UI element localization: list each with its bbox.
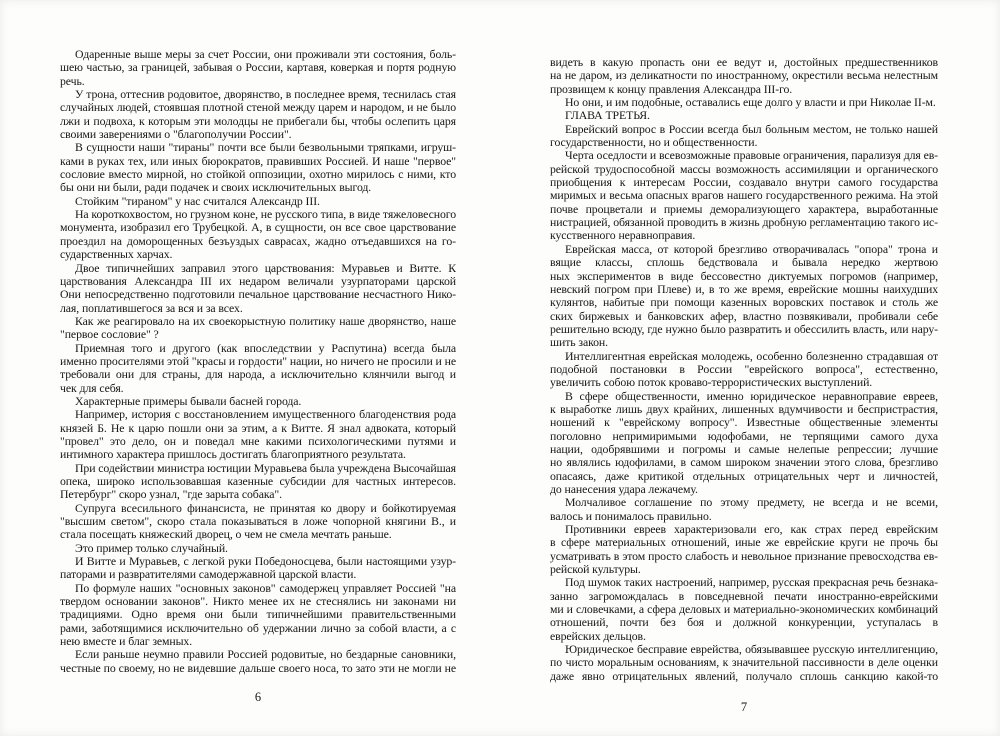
paragraph: При содействии министра юстиции Муравьев…: [60, 462, 456, 502]
paragraph: Как же реагировало на их своекорыстную п…: [60, 315, 456, 342]
paragraph: Если раньше неумно правили Россией родов…: [60, 648, 456, 675]
text-line: опасаясь, даже критикой отдельных отрица…: [550, 470, 938, 483]
left-page-number: 6: [60, 690, 456, 705]
text-line: невский погром при Плеве) и, в то же вре…: [550, 283, 938, 296]
text-line: рами, заботящимися исключительно об удер…: [60, 622, 456, 635]
text-line: до нанесения удара лежачему.: [550, 483, 938, 496]
text-line: шею частью, за границей, забывая о Росси…: [60, 61, 456, 74]
paragraph: Но они, и им подобные, оставались еще до…: [550, 96, 938, 109]
text-line: Юридическое бесправие еврейства, обязыва…: [550, 643, 938, 656]
text-line: рейской культуры.: [550, 563, 938, 576]
text-line: князей Б. Не к царю пошли они за этим, а…: [60, 422, 456, 435]
text-line: царствования Александра III их недаром в…: [60, 275, 456, 288]
paragraph: Еврейский вопрос в России всегда был бол…: [550, 123, 938, 150]
text-line: нистрацией, обязанной проводить в жизнь …: [550, 216, 938, 229]
text-line: на не даром, из деликатности по иностран…: [550, 69, 938, 82]
text-line: видеть в какую пропасть они ее ведут и, …: [550, 56, 938, 69]
paragraph: ГЛАВА ТРЕТЬЯ.: [550, 109, 938, 122]
text-line: валось и понималось правильно.: [550, 510, 938, 523]
text-line: вящие классы, сплошь бедствовала и бывал…: [550, 256, 938, 269]
text-line: поголовно непримиримыми юдофобами, не те…: [550, 430, 938, 443]
text-line: ками в руках тех, или иных бюрократов, п…: [60, 155, 456, 168]
text-line: При содействии министра юстиции Муравьев…: [60, 462, 456, 475]
text-line: но являлись юдофилами, в самом широком з…: [550, 456, 938, 469]
text-line: именно просителями этой "красы и гордост…: [60, 355, 456, 368]
text-line: Одаренные выше меры за счет России, они …: [60, 48, 456, 61]
text-line: к выработке лишь двух крайних, лишенных …: [550, 403, 938, 416]
paragraph: Приемная того и другого (как впоследстви…: [60, 342, 456, 395]
text-line: В сфере общественности, именно юридическ…: [550, 390, 938, 403]
text-line: Черта оседлости и всевозможные правовые …: [550, 149, 938, 162]
text-line: занно загромождалась в повседневной печа…: [550, 590, 938, 603]
paragraph: И Витте и Муравьев, с легкой руки Победо…: [60, 555, 456, 582]
left-page-text: Одаренные выше меры за счет России, они …: [60, 48, 456, 675]
paragraph: На короткохвостом, но грузном коне, не р…: [60, 208, 456, 261]
text-line: Противники евреев характеризовали его, к…: [550, 523, 938, 536]
text-line: проездил на доморощенных безъуздых савра…: [60, 235, 456, 248]
text-line: "высшим светом", скоро стала показыватьс…: [60, 515, 456, 528]
text-line: лжи и подвоха, к которым эти молодцы не …: [60, 115, 456, 128]
text-line: еврейских дельцов.: [550, 630, 938, 643]
text-line: требовали они для страны, для народа, а …: [60, 368, 456, 381]
text-line: По формуле наших "основных законов" само…: [60, 582, 456, 595]
paragraph: В сфере общественности, именно юридическ…: [550, 390, 938, 497]
paragraph: Супруга всесильного финансиста, не приня…: [60, 502, 456, 542]
text-line: в сфере материальных отношений, иные же …: [550, 536, 938, 549]
text-line: "первое сословие" ?: [60, 328, 456, 341]
text-line: монумента, изобразил его Трубецкой. А, в…: [60, 221, 456, 234]
text-line: Характерные примеры бывали басней города…: [60, 395, 456, 408]
text-line: Молчаливое соглашение по этому предмету,…: [550, 496, 938, 509]
text-line: Под шумок таких настроений, например, ру…: [550, 576, 938, 589]
text-line: И Витте и Муравьев, с легкой руки Победо…: [60, 555, 456, 568]
text-line: увеличить собою поток кроваво-террористи…: [550, 376, 938, 389]
text-line: прозвищем к концу правления Александра I…: [550, 83, 938, 96]
text-line: сударственных харчах.: [60, 248, 456, 261]
text-line: Супруга всесильного финансиста, не приня…: [60, 502, 456, 515]
text-line: ми и словечками, а сфера деловых и матер…: [550, 603, 938, 616]
paragraph: Черта оседлости и всевозможные правовые …: [550, 149, 938, 242]
text-line: почве процветали и приемы деморализующег…: [550, 203, 938, 216]
text-line: кулянтов, набитые при помощи казенных во…: [550, 296, 938, 309]
paragraph: У трона, оттеснив родовитое, дворянство,…: [60, 88, 456, 141]
text-line: подобной постановки в России "еврейского…: [550, 363, 938, 376]
text-line: Еврейский вопрос в России всегда был бол…: [550, 123, 938, 136]
text-line: Например, история с восстановлением имущ…: [60, 408, 456, 421]
left-page: Одаренные выше меры за счет России, они …: [60, 48, 456, 705]
text-line: бы они ни были, ради подачек и своих иск…: [60, 181, 456, 194]
text-line: речь.: [60, 75, 456, 88]
paragraph: Двое типичнейших заправил этого царствов…: [60, 262, 456, 315]
text-line: Они непосредственно подготовили печально…: [60, 288, 456, 301]
text-line: по чисто моральным основаниям, к значите…: [550, 656, 938, 669]
text-line: интимного характера пришлось достигать б…: [60, 448, 456, 461]
paragraph: Стойким "тираном" у нас считался Алексан…: [60, 195, 456, 208]
text-line: традициями. Одно время они были типичней…: [60, 608, 456, 621]
right-page: видеть в какую пропасть они ее ведут и, …: [550, 56, 938, 715]
text-line: ных экспериментов в виде бессовестно дик…: [550, 270, 938, 283]
text-line: чек для себя.: [60, 382, 456, 395]
paragraph: Противники евреев характеризовали его, к…: [550, 523, 938, 576]
text-line: Петербург" скоро узнал, "где зарыта соба…: [60, 488, 456, 501]
text-line: усматривать в этом просто слабость и нев…: [550, 550, 938, 563]
text-line: ских биржевых и банковских афер, властно…: [550, 310, 938, 323]
text-line: честные по своему, но не видевшие дальше…: [60, 662, 456, 675]
text-line: Двое типичнейших заправил этого царствов…: [60, 262, 456, 275]
text-line: У трона, оттеснив родовитое, дворянство,…: [60, 88, 456, 101]
text-line: Это пример только случайный.: [60, 542, 456, 555]
text-line: "провел" это дело, он и поведал мне каки…: [60, 435, 456, 448]
paragraph: Еврейская масса, от которой брезгливо от…: [550, 243, 938, 350]
text-line: случайных людей, стоявшая плотной стеной…: [60, 101, 456, 114]
text-line: паторами и развратителями самодержавной …: [60, 568, 456, 581]
text-line: Стойким "тираном" у нас считался Алексан…: [60, 195, 456, 208]
text-line: твердом основании законов". Никто менее …: [60, 595, 456, 608]
text-line: миримых и весьма опасных врагов нашего г…: [550, 189, 938, 202]
paragraph: Характерные примеры бывали басней города…: [60, 395, 456, 408]
text-line: нации, одобрявшими и погромы и самые нел…: [550, 443, 938, 456]
text-line: Но они, и им подобные, оставались еще до…: [550, 96, 938, 109]
paragraph: В сущности наши "тираны" почти все были …: [60, 141, 456, 194]
paragraph: Интеллигентная еврейская молодежь, особе…: [550, 350, 938, 390]
right-page-text: видеть в какую пропасть они ее ведут и, …: [550, 56, 938, 683]
text-line: шить закон.: [550, 336, 938, 349]
text-line: Еврейская масса, от которой брезгливо от…: [550, 243, 938, 256]
paragraph: Молчаливое соглашение по этому предмету,…: [550, 496, 938, 523]
text-line: Приемная того и другого (как впоследстви…: [60, 342, 456, 355]
text-line: нею вместе и благ земных.: [60, 635, 456, 648]
text-line: решительно всюду, где нужно было разврат…: [550, 323, 938, 336]
paragraph: Одаренные выше меры за счет России, они …: [60, 48, 456, 88]
text-line: государственности, но и общественности.: [550, 136, 938, 149]
paragraph: Это пример только случайный.: [60, 542, 456, 555]
right-page-number: 7: [550, 700, 938, 715]
text-line: сословие вместо мирной, но стойкой оппоз…: [60, 168, 456, 181]
text-line: кусственного неравноправия.: [550, 229, 938, 242]
text-line: На короткохвостом, но грузном коне, не р…: [60, 208, 456, 221]
paragraph: По формуле наших "основных законов" само…: [60, 582, 456, 649]
text-line: приобщения к интересам России, создавало…: [550, 176, 938, 189]
paragraph: Юридическое бесправие еврейства, обязыва…: [550, 643, 938, 683]
text-line: своими заверениями о "благополучии Росси…: [60, 128, 456, 141]
text-line: Интеллигентная еврейская молодежь, особе…: [550, 350, 938, 363]
text-line: стала посещать княжеский дворец, о чем н…: [60, 528, 456, 541]
text-line: опека, широко использовавшая казенные су…: [60, 475, 456, 488]
text-line: Если раньше неумно правили Россией родов…: [60, 648, 456, 661]
paragraph: Например, история с восстановлением имущ…: [60, 408, 456, 461]
text-line: лая, поплатившегося за вся и за всех.: [60, 302, 456, 315]
text-line: ГЛАВА ТРЕТЬЯ.: [550, 109, 938, 122]
text-line: ношений к "еврейскому вопросу". Известны…: [550, 416, 938, 429]
text-line: В сущности наши "тираны" почти все были …: [60, 141, 456, 154]
paragraph: Под шумок таких настроений, например, ру…: [550, 576, 938, 643]
text-line: даже явно отрицательных явлений, получал…: [550, 670, 938, 683]
text-line: Как же реагировало на их своекорыстную п…: [60, 315, 456, 328]
text-line: отношений, почти без боя и должной конку…: [550, 616, 938, 629]
text-line: рейской трудоспособной массы возможность…: [550, 163, 938, 176]
paragraph: видеть в какую пропасть они ее ведут и, …: [550, 56, 938, 96]
